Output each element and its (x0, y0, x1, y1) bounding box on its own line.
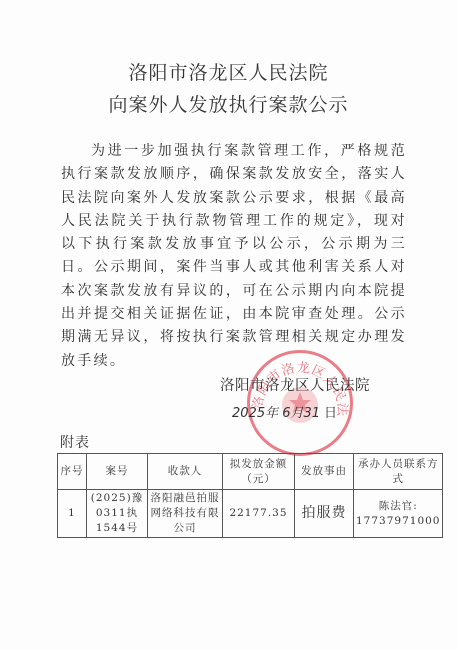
title-court-name: 洛阳市洛龙区人民法院 (0, 58, 457, 85)
cell-payee: 洛阳融邑拍服网络科技有限公司 (148, 490, 223, 538)
cell-reason: 拍服费 (295, 490, 354, 538)
table-row: 1 (2025)豫0311执1544号 洛阳融邑拍服网络科技有限公司 22177… (58, 490, 443, 538)
table-header-row: 序号 案号 收款人 拟发放金额（元） 发放事由 承办人员联系方式 (58, 454, 443, 490)
date-handwritten: 2025年 6月31 (232, 406, 320, 421)
date-day-suffix: 日 (324, 406, 337, 421)
header-no: 序号 (58, 454, 87, 490)
header-payee: 收款人 (148, 454, 223, 490)
header-case-no: 案号 (87, 454, 148, 490)
header-amount: 拟发放金额（元） (223, 454, 295, 490)
cell-case-no: (2025)豫0311执1544号 (87, 490, 148, 538)
signature-date: 2025年 6月31日 (232, 402, 337, 421)
header-contact: 承办人员联系方式 (354, 454, 443, 490)
payment-table: 序号 案号 收款人 拟发放金额（元） 发放事由 承办人员联系方式 1 (2025… (57, 453, 443, 538)
cell-contact: 陈法官: 17737971000 (354, 490, 443, 538)
header-reason: 发放事由 (295, 454, 354, 490)
cell-no: 1 (58, 490, 87, 538)
body-paragraph: 为进一步加强执行案款管理工作，严格规范执行案款发放顺序，确保案款发放安全，落实人… (61, 140, 407, 373)
title-notice: 向案外人发放执行案款公示 (0, 90, 457, 117)
signature-court: 洛阳市洛龙区人民法院 (220, 374, 370, 395)
appendix-label: 附表 (60, 432, 90, 452)
cell-amount: 22177.35 (223, 490, 295, 538)
